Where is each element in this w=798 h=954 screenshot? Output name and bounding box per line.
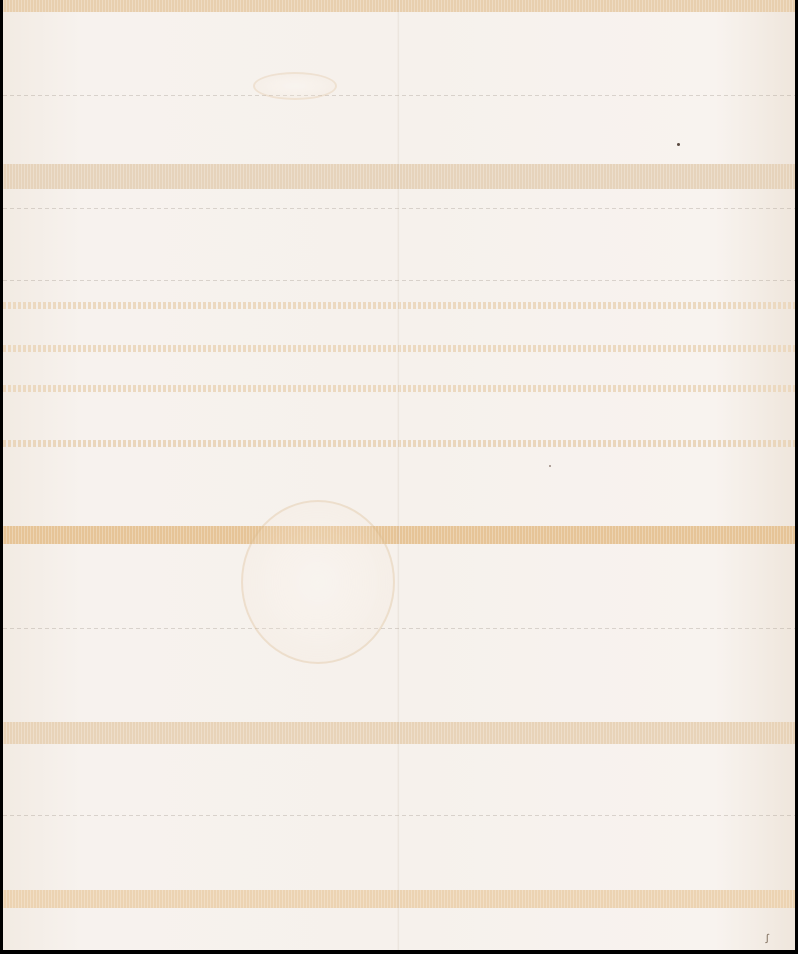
dirt-speck: [677, 143, 680, 146]
water-stain: [241, 500, 395, 664]
water-stain-small: [253, 72, 337, 100]
vertical-fold-line: [397, 0, 400, 950]
textile-photo: ꭍ: [0, 0, 798, 954]
cloth-surface: ꭍ: [3, 0, 795, 950]
corner-mark: ꭍ: [765, 930, 769, 947]
dirt-speck: [549, 465, 551, 467]
